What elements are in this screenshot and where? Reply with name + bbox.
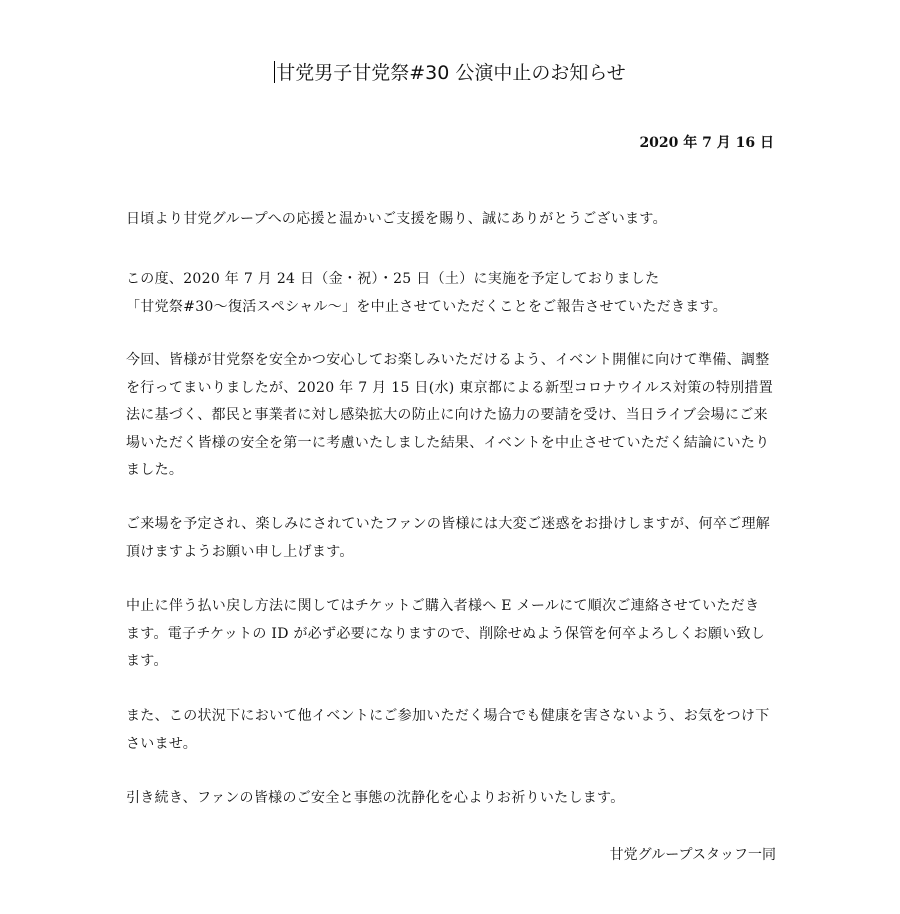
paragraph-refund: 中止に伴う払い戻し方法に関してはチケットご購入者様へ E メールにて順次ご連絡さ… xyxy=(126,593,776,676)
paragraph-text: 中止に伴う払い戻し方法に関してはチケットご購入者様へ E メールにて順次ご連絡さ… xyxy=(126,593,776,676)
paragraph-health-advice: また、この状況下において他イベントにご参加いただく場合でも健康を害さないよう、お… xyxy=(126,703,776,758)
paragraph-closing: 引き続き、ファンの皆様のご安全と事態の沈静化を心よりお祈りいたします。 xyxy=(126,785,776,813)
paragraph-apology: ご来場を予定され、楽しみにされていたファンの皆様には大変ご迷惑をお掛けしますが、… xyxy=(126,511,776,566)
paragraph-reason: 今回、皆様が甘党祭を安全かつ安心してお楽しみいただけるよう、イベント開催に向けて… xyxy=(126,347,776,485)
paragraph-text: ご来場を予定され、楽しみにされていたファンの皆様には大変ご迷惑をお掛けしますが、… xyxy=(126,511,776,566)
paragraph-text: この度、2020 年 7 月 24 日（金・祝）・25 日（土）に実施を予定して… xyxy=(126,266,776,321)
paragraph-text: 引き続き、ファンの皆様のご安全と事態の沈静化を心よりお祈りいたします。 xyxy=(126,785,776,813)
paragraph-announcement: この度、2020 年 7 月 24 日（金・祝）・25 日（土）に実施を予定して… xyxy=(126,266,776,321)
paragraph-text: 今回、皆様が甘党祭を安全かつ安心してお楽しみいただけるよう、イベント開催に向けて… xyxy=(126,347,776,485)
signature: 甘党グループスタッフ一同 xyxy=(610,843,776,867)
paragraph-text: 日頃より甘党グループへの応援と温かいご支援を賜り、誠にありがとうございます。 xyxy=(126,206,776,234)
document-title-text: 甘党男子甘党祭#30 公演中止のお知らせ xyxy=(276,62,626,84)
paragraph-text: また、この状況下において他イベントにご参加いただく場合でも健康を害さないよう、お… xyxy=(126,703,776,758)
document-title: 甘党男子甘党祭#30 公演中止のお知らせ xyxy=(0,60,900,86)
document-date: 2020 年 7 月 16 日 xyxy=(639,133,774,153)
paragraph-greeting: 日頃より甘党グループへの応援と温かいご支援を賜り、誠にありがとうございます。 xyxy=(126,206,776,234)
